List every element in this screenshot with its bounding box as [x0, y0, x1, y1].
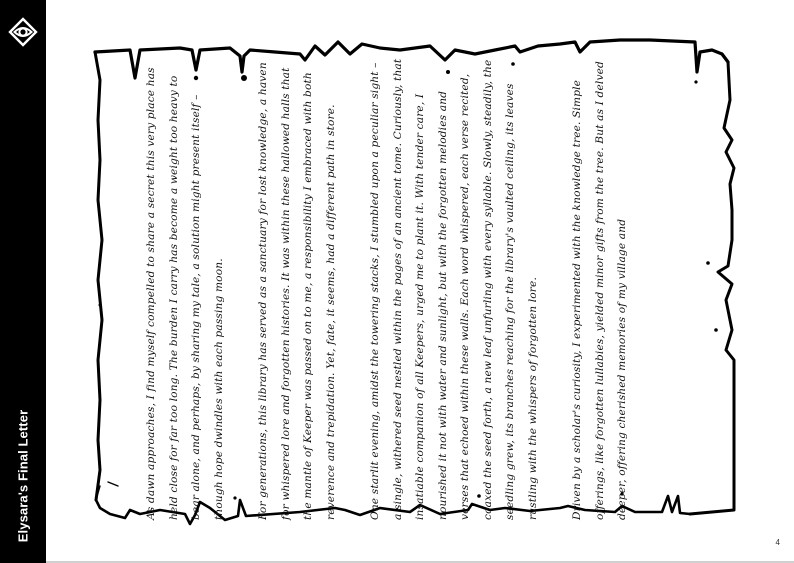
letter-paragraph-2: For generations, this library has served… [252, 55, 342, 520]
letter-paragraph-1: As dawn approaches, I find myself compel… [140, 55, 230, 520]
diamond-eye-icon [8, 17, 38, 47]
letter-content-area: As dawn approaches, I find myself compel… [140, 55, 725, 520]
page-number: 4 [776, 538, 780, 547]
letter-text: As dawn approaches, I find myself compel… [140, 55, 725, 520]
document-page: Elysara's Final Letter [0, 0, 794, 563]
sidebar: Elysara's Final Letter [0, 0, 46, 563]
letter-paragraph-4: Driven by a scholar's curiosity, I exper… [566, 55, 634, 520]
letter-paragraph-3: One starlit evening, amidst the towering… [364, 55, 544, 520]
document-title: Elysara's Final Letter [16, 410, 31, 542]
